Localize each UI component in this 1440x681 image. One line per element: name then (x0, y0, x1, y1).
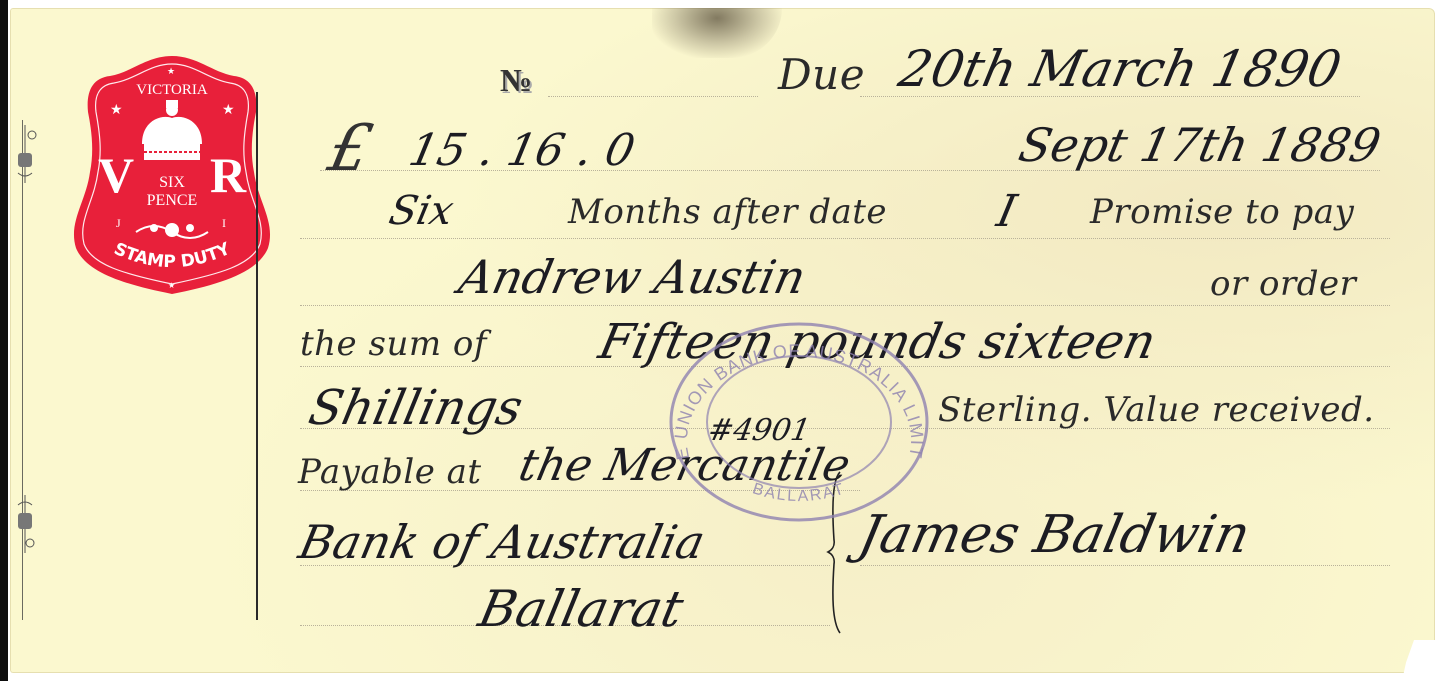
number-label: № (500, 62, 532, 99)
stamp-letter-r: R (210, 147, 247, 203)
bank-reference: #4901 (705, 413, 813, 448)
payee-name: Andrew Austin (454, 250, 810, 304)
printed-payable-at: Payable at (298, 452, 482, 492)
stub-divider-line (256, 92, 258, 620)
payable-at-line3: Ballarat (474, 580, 688, 638)
svg-text:★: ★ (167, 67, 175, 77)
bank-oval-stamp: THE UNION BANK OF AUSTRALIA LIMITED BALL… (668, 320, 930, 525)
issue-date: Sept 17th 1889 (1014, 118, 1385, 172)
stamp-top-text: VICTORIA (136, 82, 208, 98)
stamp-value-line2: PENCE (147, 192, 198, 209)
term-rule (300, 238, 1390, 239)
scan-edge (0, 0, 8, 681)
stamp-letter-v: V (98, 147, 134, 203)
amount-value: 15 . 16 . 0 (405, 125, 640, 176)
payable-at-line2: Bank of Australia (294, 515, 709, 569)
stamp-corner-right: I (222, 216, 226, 230)
stamp-corner-left: J (116, 216, 121, 230)
svg-text:★: ★ (110, 102, 123, 118)
stamp-value-line1: SIX (159, 174, 185, 191)
number-rule (548, 96, 758, 97)
payee-rule (300, 305, 1390, 306)
svg-text:★: ★ (222, 102, 235, 118)
printed-sterling-value-received: Sterling. Value received. (938, 390, 1375, 430)
printed-or-order: or order (1210, 264, 1356, 304)
printed-the-sum-of: the sum of (300, 324, 487, 364)
printed-months-after-date: Months after date (568, 192, 887, 232)
stub-ornament-bottom-icon (12, 495, 38, 553)
due-date: 20th March 1890 (894, 40, 1346, 98)
signature-rule (860, 565, 1390, 566)
victoria-duty-stamp: VICTORIA ★ ★ ★ V R SIX PENCE J I STAMP D… (72, 52, 272, 295)
due-label: Due (778, 50, 865, 99)
svg-text:★: ★ (168, 281, 175, 290)
sum-in-words-line2: Shillings (304, 380, 527, 436)
stub-ornament-top-icon (12, 125, 38, 183)
svg-text:BALLARAT: BALLARAT (750, 480, 847, 505)
printed-promise-to-pay: Promise to pay (1090, 192, 1354, 232)
term-value: Six (385, 188, 458, 234)
